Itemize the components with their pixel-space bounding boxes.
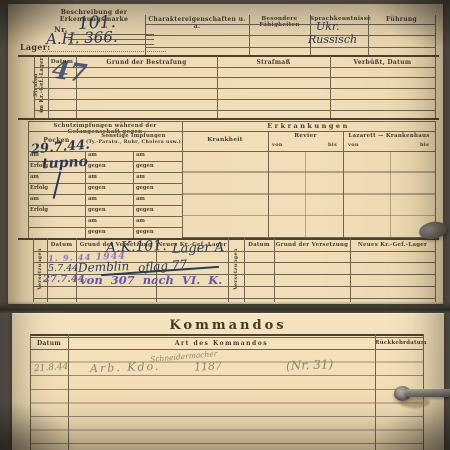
rule-h xyxy=(18,118,439,120)
cell xyxy=(28,228,85,238)
header-ruled-rows xyxy=(145,24,435,49)
cell: am xyxy=(85,173,133,183)
rule-v xyxy=(28,121,29,238)
versetzungen-col-datum-r: Datum xyxy=(244,242,274,248)
card-gap-shadow xyxy=(0,301,450,313)
erkrankungen-title: Erkrankungen xyxy=(182,122,435,130)
table-row: gegen gegen xyxy=(28,228,182,238)
kommandos-title: Kommandos xyxy=(12,318,444,333)
rule-h xyxy=(18,55,439,57)
col-sonstige-label-2: (Ty.-Paratu., Ruhr, Cholera usw.) xyxy=(85,140,182,145)
versetzungen-col-datum-l: Datum xyxy=(47,242,76,248)
versetzungen-col-grund-r: Grund der Versetzung xyxy=(274,242,350,248)
versetzungen-col-lager-r: Neues Kr.-Gef.-Lager xyxy=(350,242,435,248)
cell: am xyxy=(85,217,133,227)
col-fuehrung-label: Führung xyxy=(368,16,435,23)
col-krankheit-label: Krankheit xyxy=(182,137,268,143)
fastener-torn-hole xyxy=(400,397,430,408)
cell: am xyxy=(85,151,133,161)
cell: gegen xyxy=(85,162,133,172)
cell: gegen xyxy=(133,184,182,194)
rule-v xyxy=(268,131,269,238)
table-row: am am am xyxy=(28,173,182,184)
strafen-col-verbuesst: Verbüßt, Datum xyxy=(330,59,435,66)
cell: gegen xyxy=(85,228,133,238)
pow-card-front: Beschreibung der Erkennungsmarke Nr. 101… xyxy=(8,4,443,304)
cell: gegen xyxy=(133,228,182,238)
kommando-art-pencil-b: 1187 xyxy=(194,359,223,373)
transfer3-grund-handwritten: von 307 nach VI. K. xyxy=(80,273,222,287)
transfer1-lager-handwritten: Lager A xyxy=(172,240,225,257)
rule-h xyxy=(28,131,435,132)
cell: gegen xyxy=(133,206,182,216)
sprachen-handwritten-2: Russisch xyxy=(308,33,357,46)
table-row: am am am xyxy=(28,195,182,206)
revier-bis-label: bis xyxy=(328,142,337,148)
table-row: Erfolg gegen gegen xyxy=(28,206,182,217)
strafen-col-strafmass: Strafmaß xyxy=(217,59,330,66)
rule-v xyxy=(390,151,391,238)
rule-v xyxy=(435,56,436,118)
transfer3-datum-handwritten: 27.7.44 xyxy=(43,274,85,285)
table-row: Erfolg gegen gegen xyxy=(28,184,182,195)
sprachen-handwritten-1: Ukr. xyxy=(316,20,339,33)
revier-von-label: von xyxy=(272,142,283,148)
kommandos-col-rueckkehr: Rückkehrdatum xyxy=(375,340,423,346)
rule-v xyxy=(182,121,183,238)
lazarett-bis-label: bis xyxy=(420,142,429,148)
kommando-art-pencil-a: Arb. Kdo. xyxy=(90,360,161,375)
rule-v xyxy=(435,121,436,238)
fastener-bar xyxy=(405,389,450,397)
transfer1-grund-handwritten: A.K.101. xyxy=(106,238,167,256)
rule-h xyxy=(30,334,423,336)
col-lazarett-label: Lazarett — Krankenhaus xyxy=(343,133,435,139)
strafen-col-grund: Grund der Bestrafung xyxy=(76,59,217,66)
cell: Erfolg xyxy=(28,206,85,216)
cell xyxy=(28,217,85,227)
cell: gegen xyxy=(133,162,182,172)
strafen-ruled-rows xyxy=(34,67,435,118)
pow-card-kommandos: Kommandos Datum Art des Kommandos Rückke… xyxy=(12,313,444,450)
cell: am xyxy=(133,217,182,227)
scanned-pow-card: Beschreibung der Erkennungsmarke Nr. 101… xyxy=(0,0,450,450)
erkrankungen-row-grid xyxy=(182,151,435,238)
cell: gegen xyxy=(85,184,133,194)
cell: am xyxy=(133,195,182,205)
strafen-ink-scribble: 47 xyxy=(50,55,88,89)
rule-v xyxy=(435,238,436,302)
rule-v xyxy=(343,131,344,238)
kommando-note-right-pencil: (Nr. 31) xyxy=(286,357,334,373)
pocken-result-handwritten: tupno xyxy=(42,154,89,172)
kommandos-col-datum: Datum xyxy=(30,340,68,347)
cell: am xyxy=(133,151,182,161)
rule-h xyxy=(30,337,423,338)
rule-v xyxy=(305,151,306,238)
col-sonstige-label-1: Sonstige Impfungen xyxy=(85,133,182,139)
lazarett-von-label: von xyxy=(348,142,359,148)
transfer2-datum-handwritten: 5.7.44 xyxy=(48,263,78,274)
cell: am xyxy=(133,173,182,183)
col-revier-label: Revier xyxy=(268,133,343,139)
cell: gegen xyxy=(85,206,133,216)
rule-v xyxy=(435,15,436,55)
table-row: am am xyxy=(28,217,182,228)
cell: am xyxy=(28,195,85,205)
kommandos-col-art: Art des Kommandos xyxy=(68,340,375,347)
cell: am xyxy=(85,195,133,205)
